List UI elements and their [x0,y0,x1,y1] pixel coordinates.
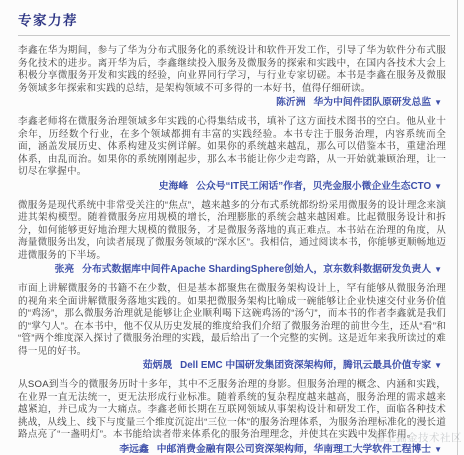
endorser-role: 分布式数据库中间件Apache ShardingSphere创始人，京东数科数据… [82,264,431,275]
page-edge-divider [457,0,458,455]
endorsement-attribution: 李远鑫中邮消费金融有限公司资深架构师，华南理工大学软件工程博士▼ [18,444,442,455]
page-title: 专家力荐 [18,9,446,29]
endorsement-text: 市面上讲解微服务的书籍不在少数，但是基本都聚焦在微服务架构设计上，罕有能够从微服… [18,283,446,358]
triangle-down-icon: ▼ [434,361,442,370]
endorsement-text: 从SOA到当今的微服务历时十多年，其中不乏服务治理的身影。但服务治理的概念、内涵… [18,379,446,442]
endorser-name: 陈沂洲 [276,97,305,108]
title-divider [18,35,450,36]
triangle-down-icon: ▼ [434,182,442,191]
triangle-down-icon: ▼ [434,445,442,454]
endorsement-text: 李鑫在华为期间，参与了华为分布式服务化的系统设计和软件开发工作，引导了华为软件分… [18,45,446,95]
endorser-role: 公众号“IT民工闲话”作者，贝壳金服小微企业生态CTO [196,181,431,192]
triangle-down-icon: ▼ [434,98,442,107]
endorser-name: 史海峰 [159,181,188,192]
endorser-role: 中邮消费金融有限公司资深架构师，华南理工大学软件工程博士 [157,444,431,455]
endorser-role: 华为中间件团队原研发总监 [314,97,432,108]
endorser-name: 张亮 [55,264,75,275]
endorsement-attribution: 茹炳晟Dell EMC 中国研发集团资深架构师，腾讯云最具价值专家▼ [18,360,442,372]
endorsement-block: 市面上讲解微服务的书籍不在少数，但是基本都聚焦在微服务架构设计上，罕有能够从微服… [18,283,446,372]
endorsement-attribution: 陈沂洲华为中间件团队原研发总监▼ [18,97,442,109]
book-endorsements-page: 专家力荐 李鑫在华为期间，参与了华为分布式服务化的系统设计和软件开发工作，引导了… [0,0,464,455]
endorsement-attribution: 史海峰公众号“IT民工闲话”作者，贝壳金服小微企业生态CTO▼ [18,181,442,193]
triangle-down-icon: ▼ [434,265,442,274]
endorsement-block: 李鑫在华为期间，参与了华为分布式服务化的系统设计和软件开发工作，引导了华为软件分… [18,45,446,109]
endorsement-block: 李鑫老师将在微服务治理领域多年实践的心得集结成书，填补了这方面技术图书的空白。他… [18,116,446,193]
endorsement-block: 微服务是现代系统中非常受关注的“焦点”，越来越多的分布式系统都纷纷采用微服务的设… [18,200,446,277]
endorser-role: Dell EMC 中国研发集团资深架构师，腾讯云最具价值专家 [180,360,431,371]
endorsement-text: 微服务是现代系统中非常受关注的“焦点”，越来越多的分布式系统都纷纷采用微服务的设… [18,200,446,263]
endorsement-text: 李鑫老师将在微服务治理领域多年实践的心得集结成书，填补了这方面技术图书的空白。他… [18,116,446,179]
endorsement-block: 从SOA到当今的微服务历时十多年，其中不乏服务治理的身影。但服务治理的概念、内涵… [18,379,446,455]
endorser-name: 茹炳晟 [143,360,172,371]
endorsement-attribution: 张亮分布式数据库中间件Apache ShardingSphere创始人，京东数科… [18,264,442,276]
endorser-name: 李远鑫 [119,444,148,455]
